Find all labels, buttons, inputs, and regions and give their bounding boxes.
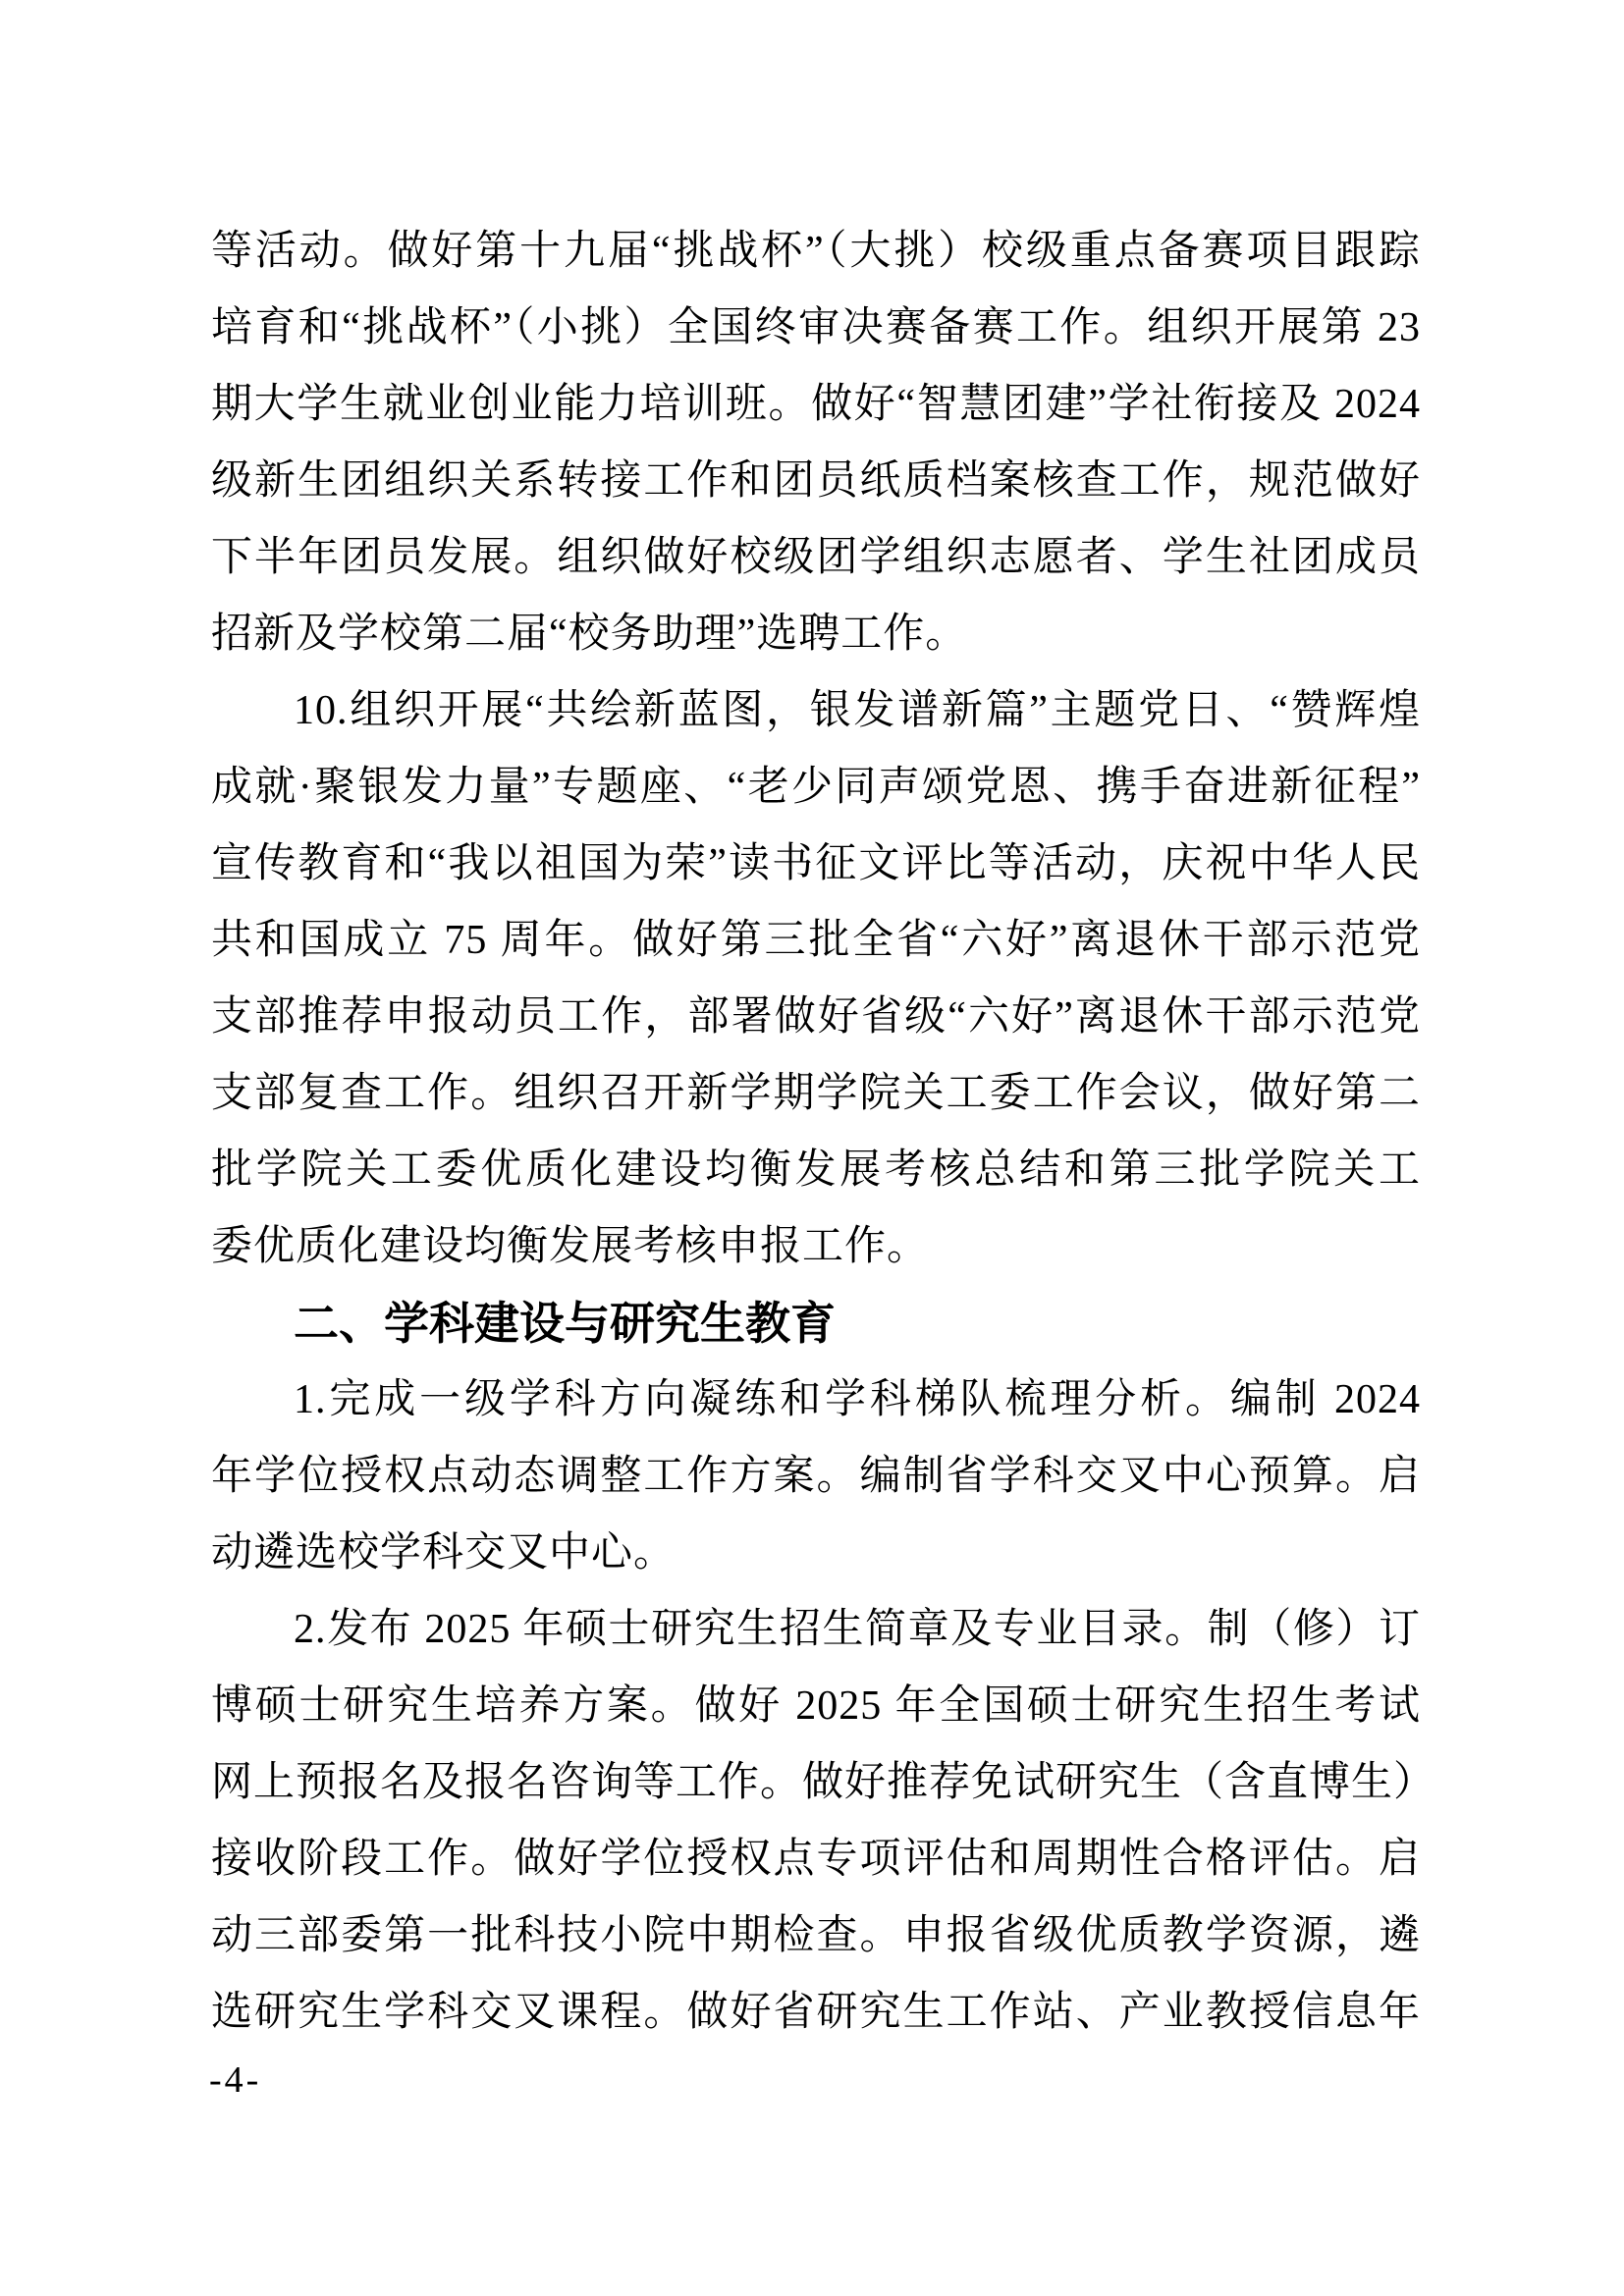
text-line: 等活动。做好第十九届“挑战杯”（大挑）校级重点备赛项目跟踪 (211, 213, 1421, 290)
paragraph: 1.完成一级学科方向凝练和学科梯队梳理分析。编制 2024年学位授权点动态调整工… (211, 1362, 1421, 1591)
text-line: 委优质化建设均衡发展考核申报工作。 (211, 1208, 1421, 1285)
paragraph: 等活动。做好第十九届“挑战杯”（大挑）校级重点备赛项目跟踪培育和“挑战杯”（小挑… (211, 213, 1421, 672)
text-line: 宣传教育和“我以祖国为荣”读书征文评比等活动，庆祝中华人民 (211, 826, 1421, 902)
text-line: 下半年团员发展。组织做好校级团学组织志愿者、学生社团成员 (211, 519, 1421, 596)
text-line: 网上预报名及报名咨询等工作。做好推荐免试研究生（含直博生） (211, 1744, 1421, 1821)
text-line: 接收阶段工作。做好学位授权点专项评估和周期性合格评估。启 (211, 1821, 1421, 1897)
document-body: 等活动。做好第十九届“挑战杯”（大挑）校级重点备赛项目跟踪培育和“挑战杯”（小挑… (211, 213, 1421, 2051)
text-line: 1.完成一级学科方向凝练和学科梯队梳理分析。编制 2024 (211, 1362, 1421, 1438)
text-line: 批学院关工委优质化建设均衡发展考核总结和第三批学院关工 (211, 1132, 1421, 1208)
text-line: 动遴选校学科交叉中心。 (211, 1515, 1421, 1591)
text-line: 年学位授权点动态调整工作方案。编制省学科交叉中心预算。启 (211, 1438, 1421, 1515)
text-line: 招新及学校第二届“校务助理”选聘工作。 (211, 596, 1421, 672)
text-line: 动三部委第一批科技小院中期检查。申报省级优质教学资源，遴 (211, 1897, 1421, 1974)
section-heading: 二、学科建设与研究生教育 (211, 1285, 1421, 1362)
text-line: 培育和“挑战杯”（小挑）全国终审决赛备赛工作。组织开展第 23 (211, 290, 1421, 366)
text-line: 选研究生学科交叉课程。做好省研究生工作站、产业教授信息年 (211, 1974, 1421, 2051)
paragraph: 10.组织开展“共绘新蓝图，银发谱新篇”主题党日、“赞辉煌成就·聚银发力量”专题… (211, 672, 1421, 1285)
text-line: 10.组织开展“共绘新蓝图，银发谱新篇”主题党日、“赞辉煌 (211, 672, 1421, 749)
text-line: 博硕士研究生培养方案。做好 2025 年全国硕士研究生招生考试 (211, 1668, 1421, 1744)
text-line: 2.发布 2025 年硕士研究生招生简章及专业目录。制（修）订 (211, 1591, 1421, 1668)
text-line: 期大学生就业创业能力培训班。做好“智慧团建”学社衔接及 2024 (211, 366, 1421, 443)
page-number: -4- (209, 2057, 261, 2103)
paragraph: 2.发布 2025 年硕士研究生招生简章及专业目录。制（修）订博硕士研究生培养方… (211, 1591, 1421, 2051)
text-line: 支部推荐申报动员工作，部署做好省级“六好”离退休干部示范党 (211, 979, 1421, 1055)
text-line: 成就·聚银发力量”专题座、“老少同声颂党恩、携手奋进新征程” (211, 749, 1421, 826)
text-line: 支部复查工作。组织召开新学期学院关工委工作会议，做好第二 (211, 1055, 1421, 1132)
text-line: 级新生团组织关系转接工作和团员纸质档案核查工作，规范做好 (211, 443, 1421, 519)
text-line: 共和国成立 75 周年。做好第三批全省“六好”离退休干部示范党 (211, 902, 1421, 979)
document-page: 等活动。做好第十九届“挑战杯”（大挑）校级重点备赛项目跟踪培育和“挑战杯”（小挑… (0, 0, 1624, 2296)
